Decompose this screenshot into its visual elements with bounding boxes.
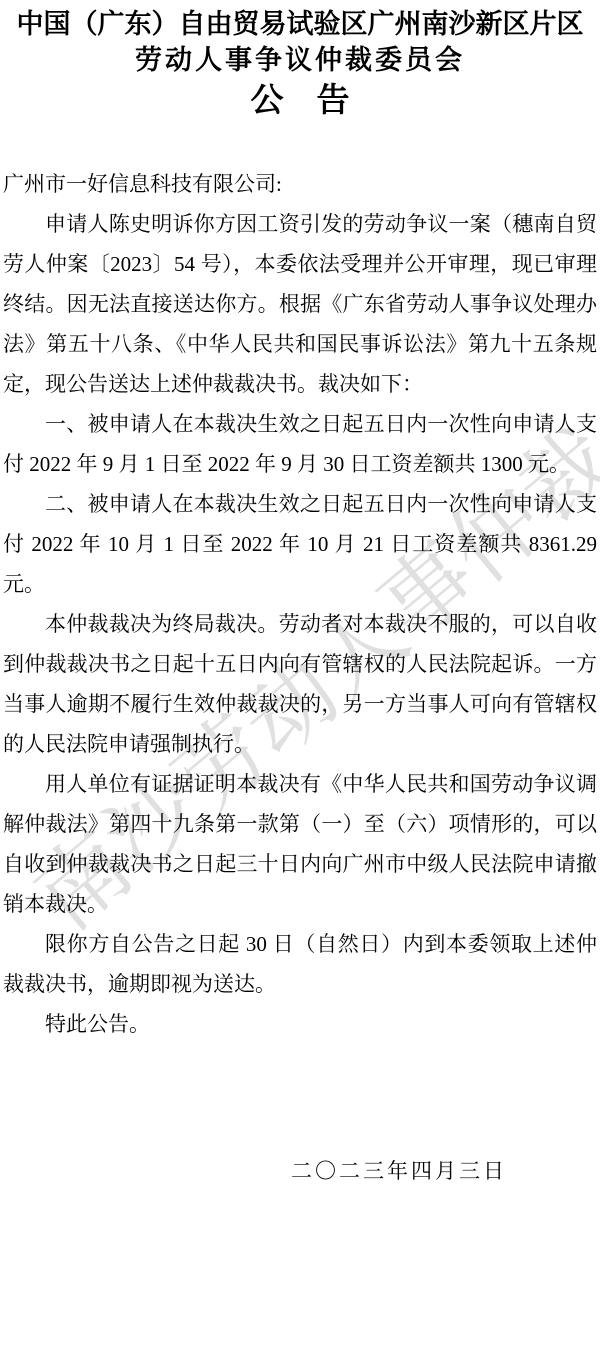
announcement-body: 广州市一好信息科技有限公司: 申请人陈史明诉你方因工资引发的劳动争议一案（穗南自… <box>0 164 600 1044</box>
body-paragraph: 本仲裁裁决为终局裁决。劳动者对本裁决不服的，可以自收到仲裁裁决书之日起十五日内向… <box>3 604 597 764</box>
body-paragraph: 用人单位有证据证明本裁决有《中华人民共和国劳动争议调解仲裁法》第四十九条第一款第… <box>3 764 597 924</box>
announcement-content: 中国（广东）自由贸易试验区广州南沙新区片区 劳动人事争议仲裁委员会 公 告 广州… <box>0 0 600 1191</box>
body-paragraph: 一、被申请人在本裁决生效之日起五日内一次性向申请人支付 2022 年 9 月 1… <box>3 404 597 484</box>
committee-title-line1: 中国（广东）自由贸易试验区广州南沙新区片区 <box>0 6 600 42</box>
body-paragraph: 特此公告。 <box>3 1004 597 1044</box>
body-paragraph: 限你方自公告之日起 30 日（自然日）内到本委领取上述仲裁裁决书，逾期即视为送达… <box>3 924 597 1004</box>
announcement-page: 南沙劳动人事仲裁 中国（广东）自由贸易试验区广州南沙新区片区 劳动人事争议仲裁委… <box>0 0 600 1355</box>
title-block: 中国（广东）自由贸易试验区广州南沙新区片区 劳动人事争议仲裁委员会 公 告 <box>0 0 600 122</box>
announcement-heading: 公 告 <box>0 80 600 122</box>
committee-title-line2: 劳动人事争议仲裁委员会 <box>0 42 600 78</box>
recipient-line: 广州市一好信息科技有限公司: <box>3 164 597 204</box>
body-paragraphs: 申请人陈史明诉你方因工资引发的劳动争议一案（穗南自贸劳人仲案〔2023〕54 号… <box>3 204 597 1044</box>
body-paragraph: 二、被申请人在本裁决生效之日起五日内一次性向申请人支付 2022 年 10 月 … <box>3 484 597 604</box>
issue-date: 二〇二三年四月三日 <box>0 1151 600 1191</box>
body-paragraph: 申请人陈史明诉你方因工资引发的劳动争议一案（穗南自贸劳人仲案〔2023〕54 号… <box>3 204 597 404</box>
